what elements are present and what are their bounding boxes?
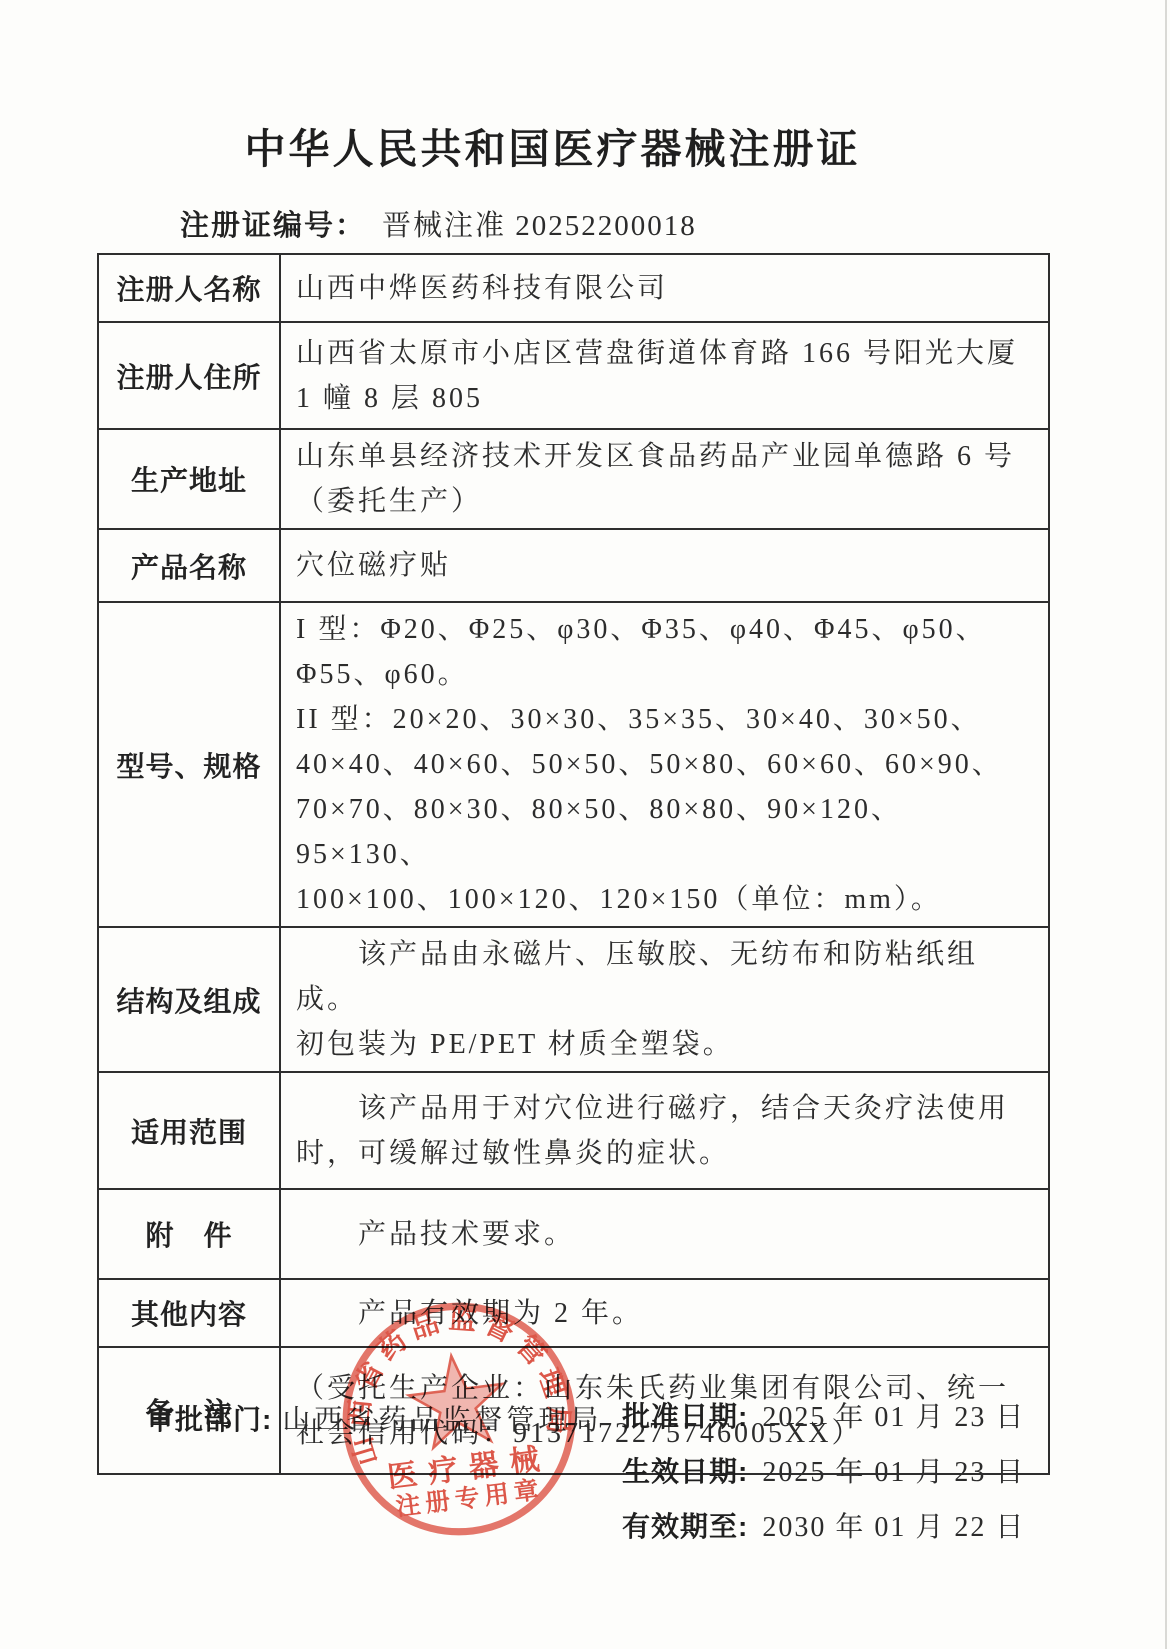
row-value-model-spec: I 型：Φ20、Φ25、φ30、Φ35、φ40、Φ45、φ50、 Φ55、φ60… bbox=[280, 602, 1049, 927]
scan-edge-artifact bbox=[1165, 0, 1167, 1649]
row-label-attachment: 附 件 bbox=[98, 1189, 280, 1279]
table-row: 生产地址 山东单县经济技术开发区食品药品产业园单德路 6 号 （委托生产） bbox=[98, 429, 1049, 529]
expiry-date-label: 有效期至: bbox=[622, 1511, 748, 1542]
date-block: 批准日期:2025 年 01 月 23 日 生效日期:2025 年 01 月 2… bbox=[622, 1396, 1025, 1561]
registration-number-label: 注册证编号： bbox=[180, 210, 366, 242]
row-label-production-address: 生产地址 bbox=[98, 429, 280, 529]
effective-date-label: 生效日期: bbox=[622, 1456, 748, 1487]
row-value-product-name: 穴位磁疗贴 bbox=[280, 529, 1049, 602]
row-label-product-name: 产品名称 bbox=[98, 529, 280, 602]
row-value-attachment: 产品技术要求。 bbox=[280, 1189, 1049, 1279]
table-row: 产品名称 穴位磁疗贴 bbox=[98, 529, 1049, 602]
row-label-registrant-address: 注册人住所 bbox=[98, 322, 280, 429]
registration-number-value: 晋械注准 20252200018 bbox=[382, 210, 697, 242]
table-row: 注册人住所 山西省太原市小店区营盘街道体育路 166 号阳光大厦 1 幢 8 层… bbox=[98, 322, 1049, 429]
row-label-structure-composition: 结构及组成 bbox=[98, 927, 280, 1072]
row-label-scope-of-application: 适用范围 bbox=[98, 1072, 280, 1189]
row-label-registrant-name: 注册人名称 bbox=[98, 254, 280, 322]
expiry-date-value: 2030 年 01 月 22 日 bbox=[762, 1512, 1025, 1543]
page-title: 中华人民共和国医疗器械注册证 bbox=[0, 116, 1105, 175]
expiry-date-line: 有效期至:2030 年 01 月 22 日 bbox=[622, 1506, 1025, 1561]
table-row: 注册人名称 山西中烨医药科技有限公司 bbox=[98, 254, 1049, 322]
row-value-registrant-name: 山西中烨医药科技有限公司 bbox=[280, 254, 1049, 322]
effective-date-value: 2025 年 01 月 23 日 bbox=[762, 1457, 1025, 1488]
official-seal: 山西省药品监督管理局 医疗器械 注册专用章 bbox=[322, 1282, 596, 1556]
row-value-production-address: 山东单县经济技术开发区食品药品产业园单德路 6 号 （委托生产） bbox=[280, 429, 1049, 529]
approval-date-label: 批准日期: bbox=[622, 1401, 748, 1432]
registration-number-line: 注册证编号：晋械注准 20252200018 bbox=[180, 203, 697, 244]
approval-date-value: 2025 年 01 月 23 日 bbox=[762, 1402, 1025, 1433]
approval-date-line: 批准日期:2025 年 01 月 23 日 bbox=[622, 1396, 1025, 1451]
row-label-other-content: 其他内容 bbox=[98, 1279, 280, 1347]
effective-date-line: 生效日期:2025 年 01 月 23 日 bbox=[622, 1451, 1025, 1506]
table-row: 附 件 产品技术要求。 bbox=[98, 1189, 1049, 1279]
row-value-structure-composition: 该产品由永磁片、压敏胶、无纺布和防粘纸组成。 初包装为 PE/PET 材质全塑袋… bbox=[280, 927, 1049, 1072]
seal-star-icon bbox=[405, 1350, 509, 1450]
certificate-table: 注册人名称 山西中烨医药科技有限公司 注册人住所 山西省太原市小店区营盘街道体育… bbox=[97, 253, 1050, 1475]
row-label-model-spec: 型号、规格 bbox=[98, 602, 280, 927]
approval-department-label: 审批部门: bbox=[146, 1404, 272, 1435]
table-row: 适用范围 该产品用于对穴位进行磁疗，结合天灸疗法使用 时，可缓解过敏性鼻炎的症状… bbox=[98, 1072, 1049, 1189]
row-value-scope-of-application: 该产品用于对穴位进行磁疗，结合天灸疗法使用 时，可缓解过敏性鼻炎的症状。 bbox=[280, 1072, 1049, 1189]
table-row: 型号、规格 I 型：Φ20、Φ25、φ30、Φ35、φ40、Φ45、φ50、 Φ… bbox=[98, 602, 1049, 927]
row-value-registrant-address: 山西省太原市小店区营盘街道体育路 166 号阳光大厦 1 幢 8 层 805 bbox=[280, 322, 1049, 429]
table-row: 其他内容 产品有效期为 2 年。 bbox=[98, 1279, 1049, 1347]
table-row: 结构及组成 该产品由永磁片、压敏胶、无纺布和防粘纸组成。 初包装为 PE/PET… bbox=[98, 927, 1049, 1072]
certificate-page: 中华人民共和国医疗器械注册证 注册证编号：晋械注准 20252200018 注册… bbox=[0, 0, 1170, 1649]
